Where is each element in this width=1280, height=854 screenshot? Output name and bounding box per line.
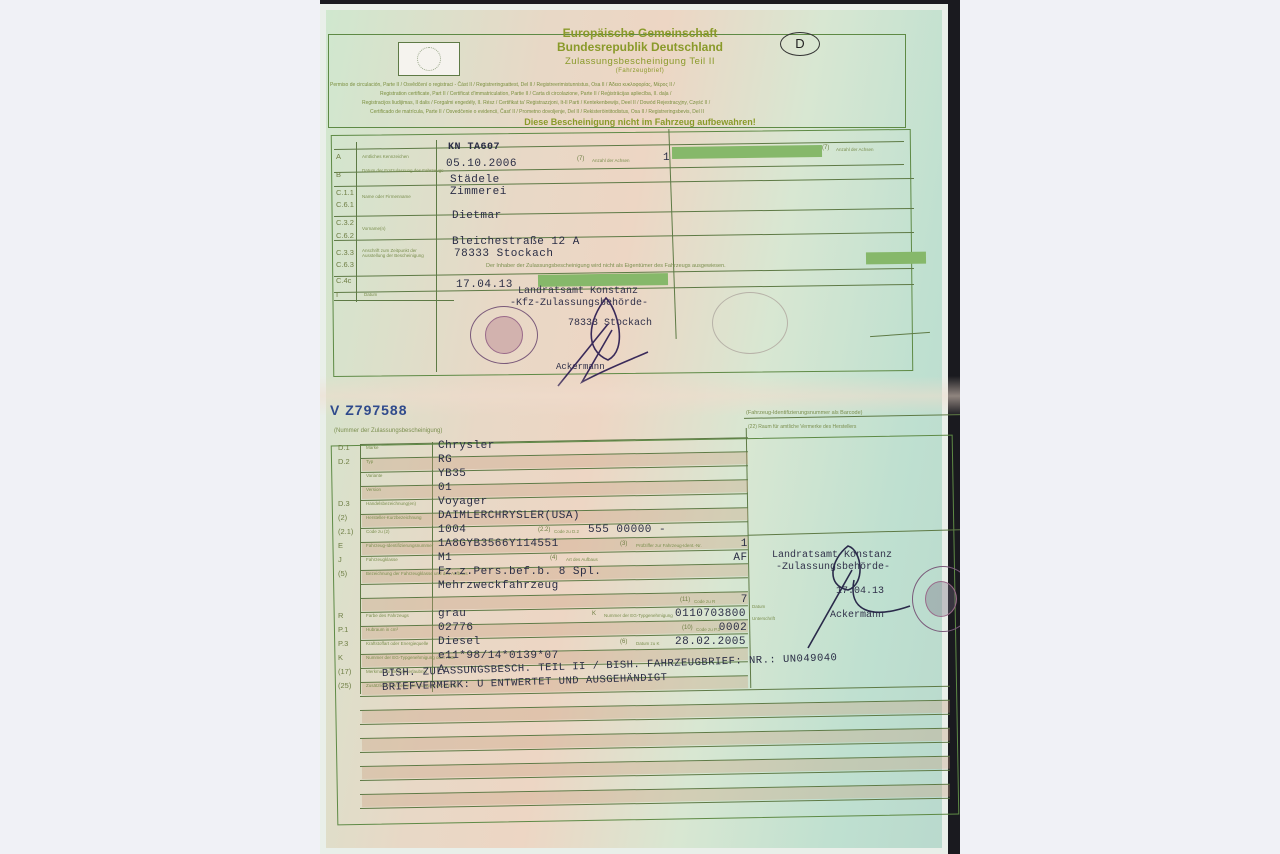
certificate-number: V Z797588: [330, 402, 408, 418]
field-value: Voyager: [438, 496, 488, 508]
field-value: 01: [438, 482, 452, 494]
aside-value: AF: [733, 552, 747, 564]
field-label: Kraftstoffart oder Energiequelle: [366, 641, 428, 646]
aside-label: Code zu R: [694, 599, 715, 604]
field-label: Code zu (2): [366, 529, 390, 534]
header-document-name: Zulassungsbescheinigung Teil II: [320, 56, 960, 67]
aside-label: Datum zu K: [636, 641, 660, 646]
aside-code: (2.2): [538, 527, 550, 533]
field-value: Chrysler: [438, 440, 495, 452]
aside-label: Art des Aufbaus: [566, 557, 598, 562]
field-code: C.4c: [336, 276, 351, 285]
field-code: J: [338, 555, 342, 564]
lower-signature-icon: [800, 540, 920, 650]
paper-fold: [320, 376, 960, 416]
multilingual-line-4: Certificado de matrícula, Parte II / Osv…: [370, 109, 704, 115]
field-value: Fz.z.Pers.bef.b. 8 Spl.: [438, 566, 601, 578]
owner-address-line-2: 78333 Stockach: [454, 248, 553, 260]
official-seal-icon: [470, 306, 538, 364]
field-label: Farbe des Fahrzeugs: [366, 613, 409, 618]
vin-barcode-label: (Fahrzeug-Identifizierungsnummer als Bar…: [746, 410, 862, 416]
owner-name-line-1: Städele: [450, 174, 500, 186]
owner-first-name: Dietmar: [452, 210, 502, 222]
field-code: (2.1): [338, 527, 353, 536]
field-label: Handelsbezeichnung(en): [366, 501, 416, 506]
aside-code: (3): [620, 541, 627, 547]
field-value: 1004: [438, 524, 466, 536]
aside-label: Code zu D.2: [554, 529, 579, 534]
aside-value: 555 00000 -: [588, 524, 666, 536]
header-title-country: Bundesrepublik Deutschland: [320, 40, 960, 54]
issue-date: 17.04.13: [456, 279, 513, 291]
owner-address-line-1: Bleichestraße 12 A: [452, 236, 580, 248]
aside-code: (7): [577, 156, 584, 162]
blank-bar: [672, 145, 822, 159]
license-plate-value: KN TA607: [448, 142, 500, 153]
aside-code: (6): [620, 639, 627, 645]
aside-label: Anzahl der Achsen: [836, 147, 874, 152]
aside-code: (10): [682, 625, 693, 631]
first-registration-date: 05.10.2006: [446, 158, 517, 170]
field-label: Marke: [366, 445, 379, 450]
field-label: Version: [366, 487, 381, 492]
field-code: K: [338, 653, 343, 662]
field-label: Datum der Erstzulassung des Fahrzeugs: [362, 168, 444, 173]
field-code: B: [336, 170, 341, 179]
certificate-number-label: (Nummer der Zulassungsbescheinigung): [334, 428, 442, 434]
manufacturer-remarks-label: (22) Raum für amtliche Vermerke des Hers…: [748, 424, 856, 430]
header-title-eu: Europäische Gemeinschaft: [320, 26, 960, 40]
field-value: RG: [438, 454, 452, 466]
aside-value: 7: [741, 594, 748, 606]
aside-code: K: [592, 611, 596, 617]
aside-value: 1: [741, 538, 748, 550]
field-label: Hubraum in cm³: [366, 627, 398, 632]
blank-bar: [866, 252, 926, 265]
date-label: Datum: [752, 604, 765, 609]
field-label: Datum: [364, 292, 377, 297]
field-code: A: [336, 152, 341, 161]
field-value: 1A8GYB3566Y114551: [438, 538, 559, 550]
field-code: D.3: [338, 499, 350, 508]
field-code: (5): [338, 569, 347, 578]
signature-icon: [548, 290, 658, 390]
blank-bar: [538, 273, 668, 287]
field-label: Vorname(n): [362, 226, 386, 231]
aside-value: 0110703800: [675, 608, 746, 620]
signature-label: Unterschrift: [752, 616, 775, 621]
field-value: e11*98/14*0139*07: [438, 650, 559, 662]
empty-seal-area: [712, 292, 788, 354]
field-label: Fahrzeugklasse: [366, 557, 398, 562]
aside-label: Anzahl der Achsen: [592, 158, 630, 163]
field-code: P.1: [338, 625, 348, 634]
field-code: (25): [338, 681, 351, 690]
aside-code: (4): [550, 555, 557, 561]
field-value: grau: [438, 608, 466, 620]
aside-label: Code zu P.3: [696, 627, 720, 632]
multilingual-line-2: Registration certificate, Part II / Cert…: [380, 91, 671, 97]
field-label: Anschrift zum Zeitpunkt der Ausstellung …: [362, 248, 432, 258]
aside-label: Prüfziffer zur Fahrzeug-Ident.-Nr.: [636, 543, 702, 548]
field-value: M1: [438, 552, 452, 564]
multilingual-line-3: Registracijos liudijimas, II dalis / For…: [362, 100, 710, 106]
registration-certificate: D Europäische Gemeinschaft Bundesrepubli…: [320, 4, 948, 854]
field-code: D.1: [338, 443, 350, 452]
field-value: Mehrzweckfahrzeug: [438, 580, 559, 592]
field-label: Hersteller-Kurzbezeichnung: [366, 515, 422, 520]
document-photo: D Europäische Gemeinschaft Bundesrepubli…: [320, 0, 960, 854]
field-label: Typ: [366, 459, 373, 464]
multilingual-line-1: Permiso de circulación, Parte II / Osvěd…: [330, 82, 675, 88]
aside-code: (7): [822, 145, 829, 151]
field-code: (2): [338, 513, 347, 522]
field-value: DAIMLERCHRYSLER(USA): [438, 510, 580, 522]
header-subtitle: (Fahrzeugbrief): [320, 68, 960, 74]
field-label: Fahrzeug-Identifizierungsnummer: [366, 543, 433, 548]
storage-warning: Diese Bescheinigung nicht im Fahrzeug au…: [320, 117, 960, 127]
field-code: I: [336, 290, 338, 299]
owner-name-line-2: Zimmerei: [450, 186, 507, 198]
field-code: P.3: [338, 639, 348, 648]
aside-label: Nummer der EG-Typgenehmigung: [604, 613, 673, 618]
aside-value: 0002: [719, 622, 747, 634]
ownership-notice: Der Inhaber der Zulassungsbescheinigung …: [486, 263, 726, 269]
field-value: YB35: [438, 468, 466, 480]
field-code: D.2: [338, 457, 350, 466]
aside-code: (11): [680, 597, 690, 603]
field-value: 02776: [438, 622, 474, 634]
field-code: (17): [338, 667, 351, 676]
field-label: Name oder Firmenname: [362, 194, 411, 199]
field-code: E: [338, 541, 343, 550]
field-label: Amtliches Kennzeichen: [362, 154, 409, 159]
field-code: R: [338, 611, 343, 620]
aside-value: 28.02.2005: [675, 636, 746, 648]
field-label: Variante: [366, 473, 382, 478]
field-value: Diesel: [438, 636, 481, 648]
axle-count: 1: [663, 152, 670, 164]
